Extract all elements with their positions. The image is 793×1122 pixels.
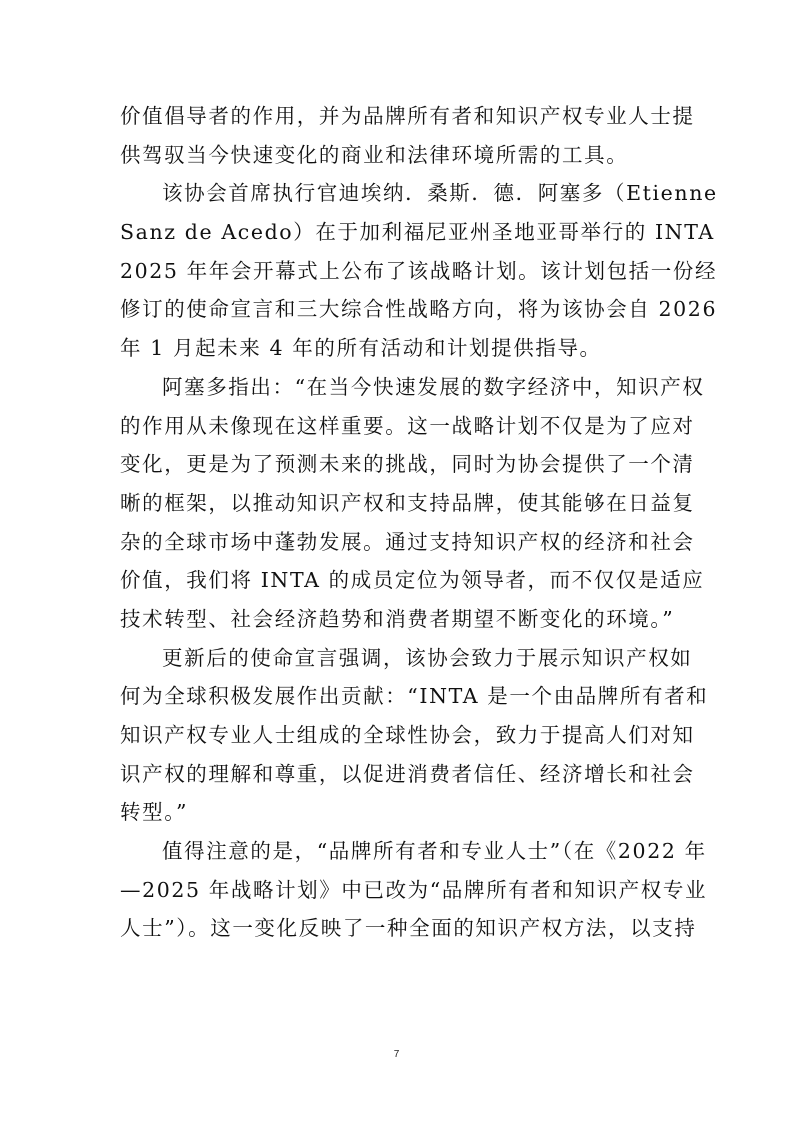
paragraph-2: 该协会首席执行官迪埃纳．桑斯．德．阿塞多（Etienne Sanz de Ace… xyxy=(120,174,680,367)
text-line: 阿塞多指出：“在当今快速发展的数字经济中，知识产权 xyxy=(120,368,680,407)
text-line: 知识产权专业人士组成的全球性协会，致力于提高人们对知 xyxy=(120,716,680,755)
text-line: 的作用从未像现在这样重要。这一战略计划不仅是为了应对 xyxy=(120,407,680,446)
text-line: 修订的使命宣言和三大综合性战略方向，将为该协会自 2026 xyxy=(120,290,680,329)
paragraph-5: 值得注意的是，“品牌所有者和专业人士”（在《2022 年 —2025 年战略计划… xyxy=(120,832,680,948)
text-line: 该协会首席执行官迪埃纳．桑斯．德．阿塞多（Etienne xyxy=(120,174,680,213)
paragraph-4: 更新后的使命宣言强调，该协会致力于展示知识产权如 何为全球积极发展作出贡献：“I… xyxy=(120,639,680,832)
page-number: 7 xyxy=(0,1049,793,1060)
text-line: 晰的框架，以推动知识产权和支持品牌，使其能够在日益复 xyxy=(120,484,680,523)
text-line: 技术转型、社会经济趋势和消费者期望不断变化的环境。” xyxy=(120,600,680,639)
text-line: 变化，更是为了预测未来的挑战，同时为协会提供了一个清 xyxy=(120,445,680,484)
text-line: 2025 年年会开幕式上公布了该战略计划。该计划包括一份经 xyxy=(120,252,680,291)
text-line: 更新后的使命宣言强调，该协会致力于展示知识产权如 xyxy=(120,639,680,678)
text-line: 转型。” xyxy=(120,793,680,832)
text-line: 值得注意的是，“品牌所有者和专业人士”（在《2022 年 xyxy=(120,832,680,871)
text-line: 价值，我们将 INTA 的成员定位为领导者，而不仅仅是适应 xyxy=(120,561,680,600)
paragraph-1: 价值倡导者的作用，并为品牌所有者和知识产权专业人士提 供驾驭当今快速变化的商业和… xyxy=(120,97,680,174)
text-line: 供驾驭当今快速变化的商业和法律环境所需的工具。 xyxy=(120,136,680,175)
text-line: —2025 年战略计划》中已改为“品牌所有者和知识产权专业 xyxy=(120,871,680,910)
document-page: 价值倡导者的作用，并为品牌所有者和知识产权专业人士提 供驾驭当今快速变化的商业和… xyxy=(0,0,793,1122)
text-line: 识产权的理解和尊重，以促进消费者信任、经济增长和社会 xyxy=(120,755,680,794)
text-line: 年 1 月起未来 4 年的所有活动和计划提供指导。 xyxy=(120,329,680,368)
text-line: 人士”）。这一变化反映了一种全面的知识产权方法，以支持 xyxy=(120,909,680,948)
text-line: 何为全球积极发展作出贡献：“INTA 是一个由品牌所有者和 xyxy=(120,677,680,716)
paragraph-3: 阿塞多指出：“在当今快速发展的数字经济中，知识产权 的作用从未像现在这样重要。这… xyxy=(120,368,680,639)
body-text: 价值倡导者的作用，并为品牌所有者和知识产权专业人士提 供驾驭当今快速变化的商业和… xyxy=(120,97,680,948)
text-line: 价值倡导者的作用，并为品牌所有者和知识产权专业人士提 xyxy=(120,97,680,136)
text-line: Sanz de Acedo）在于加利福尼亚州圣地亚哥举行的 INTA xyxy=(120,213,680,252)
text-line: 杂的全球市场中蓬勃发展。通过支持知识产权的经济和社会 xyxy=(120,523,680,562)
